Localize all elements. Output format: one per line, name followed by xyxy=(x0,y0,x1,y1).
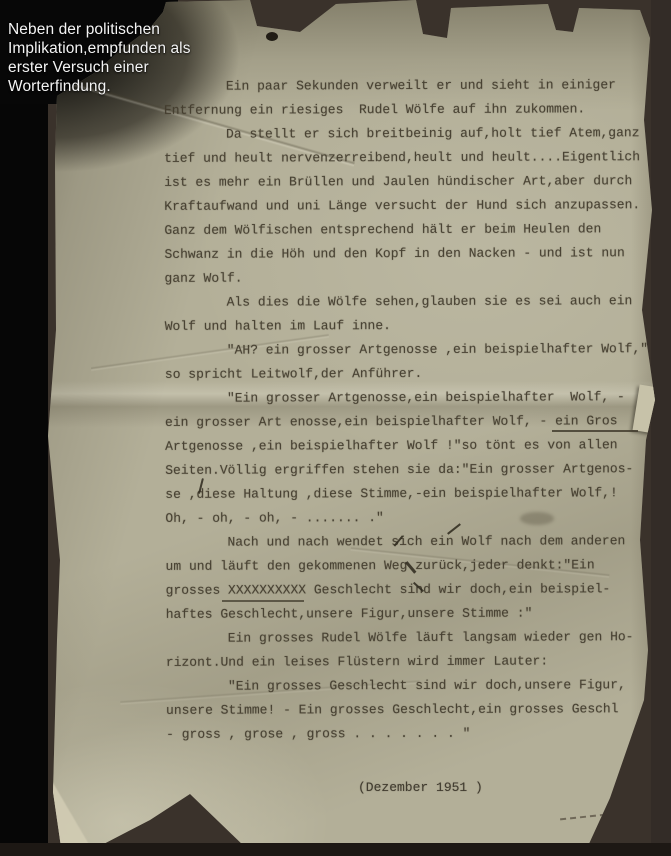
pencil-mark xyxy=(560,814,606,821)
typed-line: Seiten.Völlig ergriffen stehen sie da:"E… xyxy=(165,457,657,483)
paper-sheet: Ein paar Sekunden verweilt er und sieht … xyxy=(0,0,671,856)
backdrop-bottom-strip xyxy=(0,843,671,856)
typed-line: "Ein grosser Artgenosse,ein beispielhaft… xyxy=(165,385,657,411)
backdrop-right-strip xyxy=(651,0,671,856)
typed-line: "AH? ein grosser Artgenosse ,ein beispie… xyxy=(165,337,657,363)
caption-line: erster Versuch einer xyxy=(8,58,218,77)
typed-line: Als dies die Wölfe sehen,glauben sie es … xyxy=(165,289,657,315)
typed-line: Kraftaufwand und uni Länge versucht der … xyxy=(164,193,656,219)
typed-line: - gross , grose , gross . . . . . . . " xyxy=(166,721,658,747)
typed-line: Ein grosses Rudel Wölfe läuft langsam wi… xyxy=(166,625,658,651)
typed-line: "Ein grosses Geschlecht sind wir doch,un… xyxy=(166,673,658,699)
typed-line: Da stellt er sich breitbeinig auf,holt t… xyxy=(164,121,656,147)
typed-line: Ein paar Sekunden verweilt er und sieht … xyxy=(164,73,656,99)
typed-line: se ,diese Haltung ,diese Stimme,-ein bei… xyxy=(165,481,657,507)
caption-line: Neben der politischen xyxy=(8,20,218,39)
typed-line: Entfernung ein riesiges Rudel Wölfe auf … xyxy=(164,97,656,123)
typed-line: so spricht Leitwolf,der Anführer. xyxy=(165,361,657,387)
typed-line: Artgenosse ,ein beispielhafter Wolf !"so… xyxy=(165,433,657,459)
caption-line: Implikation,empfunden als xyxy=(8,39,218,58)
typed-line: ganz Wolf. xyxy=(164,265,656,291)
typed-line: ist es mehr ein Brüllen und Jaulen hündi… xyxy=(164,169,656,195)
typed-line: Oh, - oh, - oh, - ....... ." xyxy=(165,505,657,531)
typed-line: Wolf und halten im Lauf inne. xyxy=(165,313,657,339)
typed-line: Schwanz in die Höh und den Kopf in den N… xyxy=(164,241,656,267)
backdrop-left-band xyxy=(0,0,48,856)
ink-blot xyxy=(266,32,278,41)
typed-line: unsere Stimme! - Ein grosses Geschlecht,… xyxy=(166,697,658,723)
date-line: (Dezember 1951 ) xyxy=(358,780,483,795)
typed-line: Nach und nach wendet sich ein Wolf nach … xyxy=(165,529,657,555)
smudge-mark xyxy=(520,512,554,525)
typed-line: rizont.Und ein leises Flüstern wird imme… xyxy=(166,649,658,675)
ink-underline xyxy=(552,430,638,432)
typed-line: tief und heult nervenzerreibend,heult un… xyxy=(164,145,656,171)
caption-overlay: Neben der politischenImplikation,empfund… xyxy=(8,20,218,96)
typed-line: Ganz dem Wölfischen entsprechend hält er… xyxy=(164,217,656,243)
typed-line: grosses XXXXXXXXXX Geschlecht sind wir d… xyxy=(166,577,658,603)
typed-lines: Ein paar Sekunden verweilt er und sieht … xyxy=(164,73,658,747)
strikeout-underline xyxy=(222,600,304,602)
typed-line: haftes Geschlecht,unsere Figur,unsere St… xyxy=(166,601,658,627)
caption-line: Worterfindung. xyxy=(8,77,218,96)
scanned-document-page: Ein paar Sekunden verweilt er und sieht … xyxy=(0,0,671,856)
